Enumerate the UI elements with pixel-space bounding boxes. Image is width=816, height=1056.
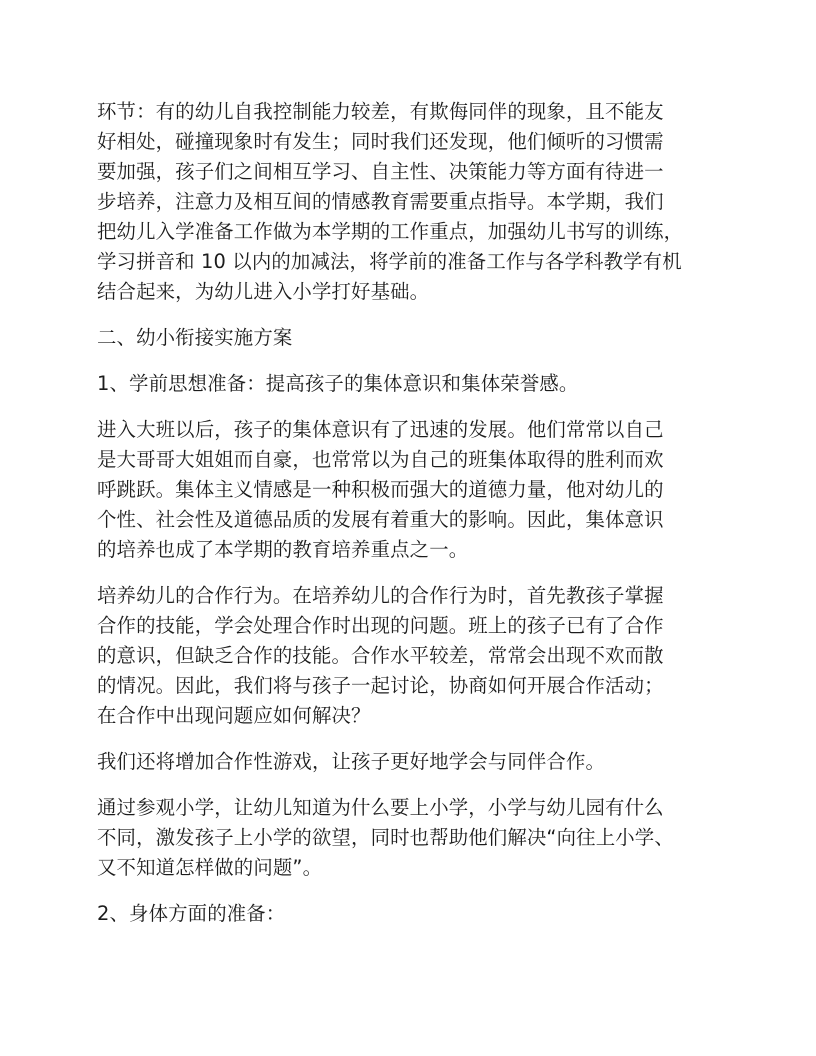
paragraph-school-visit: 通过参观小学，让幼儿知道为什么要上小学，小学与幼儿园有什么 不同，激发孩子上小学… (97, 793, 737, 883)
text-line: 的情况。因此，我们将与孩子一起讨论，协商如何开展合作活动； (97, 671, 737, 701)
subheading-text: 2、身体方面的准备： (97, 899, 737, 929)
text-line: 要加强，孩子们之间相互学习、自主性、决策能力等方面有待进一 (97, 157, 737, 187)
text-line: 好相处，碰撞现象时有发生；同时我们还发现，他们倾听的习惯需 (97, 127, 737, 157)
text-line: 又不知道怎样做的问题”。 (97, 853, 737, 883)
document-page: 环节：有的幼儿自我控制能力较差，有欺侮同伴的现象，且不能友 好相处，碰撞现象时有… (97, 97, 737, 945)
text-line: 的意识，但缺乏合作的技能。合作水平较差，常常会出现不欢而散 (97, 641, 737, 671)
paragraph-cooperation: 培养幼儿的合作行为。在培养幼儿的合作行为时，首先教孩子掌握 合作的技能，学会处理… (97, 581, 737, 731)
text-line: 学习拼音和 10 以内的加减法，将学前的准备工作与各学科教学有机 (97, 247, 737, 277)
text-line: 步培养，注意力及相互间的情感教育需要重点指导。本学期，我们 (97, 187, 737, 217)
subheading-text: 1、学前思想准备：提高孩子的集体意识和集体荣誉感。 (97, 369, 737, 399)
subheading-physical-preparation: 2、身体方面的准备： (97, 899, 737, 929)
text-line: 不同，激发孩子上小学的欲望，同时也帮助他们解决“向往上小学、 (97, 823, 737, 853)
text-line: 个性、社会性及道德品质的发展有着重大的影响。因此，集体意识 (97, 505, 737, 535)
text-line: 通过参观小学，让幼儿知道为什么要上小学，小学与幼儿园有什么 (97, 793, 737, 823)
text-line: 我们还将增加合作性游戏，让孩子更好地学会与同伴合作。 (97, 747, 737, 777)
text-line: 合作的技能，学会处理合作时出现的问题。班上的孩子已有了合作 (97, 611, 737, 641)
text-line: 结合起来，为幼儿进入小学打好基础。 (97, 277, 737, 307)
subheading-preschool-mindset: 1、学前思想准备：提高孩子的集体意识和集体荣誉感。 (97, 369, 737, 399)
text-line: 环节：有的幼儿自我控制能力较差，有欺侮同伴的现象，且不能友 (97, 97, 737, 127)
text-line: 把幼儿入学准备工作做为本学期的工作重点，加强幼儿书写的训练， (97, 217, 737, 247)
text-line: 呼跳跃。集体主义情感是一种积极而强大的道德力量，他对幼儿的 (97, 475, 737, 505)
text-line: 在合作中出现问题应如何解决？ (97, 701, 737, 731)
paragraph-collective-awareness: 进入大班以后，孩子的集体意识有了迅速的发展。他们常常以自己 是大哥哥大姐姐而自豪… (97, 415, 737, 565)
heading-text: 二、幼小衔接实施方案 (97, 323, 737, 353)
paragraph-intro-continuation: 环节：有的幼儿自我控制能力较差，有欺侮同伴的现象，且不能友 好相处，碰撞现象时有… (97, 97, 737, 307)
text-line: 培养幼儿的合作行为。在培养幼儿的合作行为时，首先教孩子掌握 (97, 581, 737, 611)
text-line: 是大哥哥大姐姐而自豪，也常常以为自己的班集体取得的胜利而欢 (97, 445, 737, 475)
text-line: 进入大班以后，孩子的集体意识有了迅速的发展。他们常常以自己 (97, 415, 737, 445)
text-line: 的培养也成了本学期的教育培养重点之一。 (97, 535, 737, 565)
section-heading-implementation-plan: 二、幼小衔接实施方案 (97, 323, 737, 353)
paragraph-cooperative-games: 我们还将增加合作性游戏，让孩子更好地学会与同伴合作。 (97, 747, 737, 777)
